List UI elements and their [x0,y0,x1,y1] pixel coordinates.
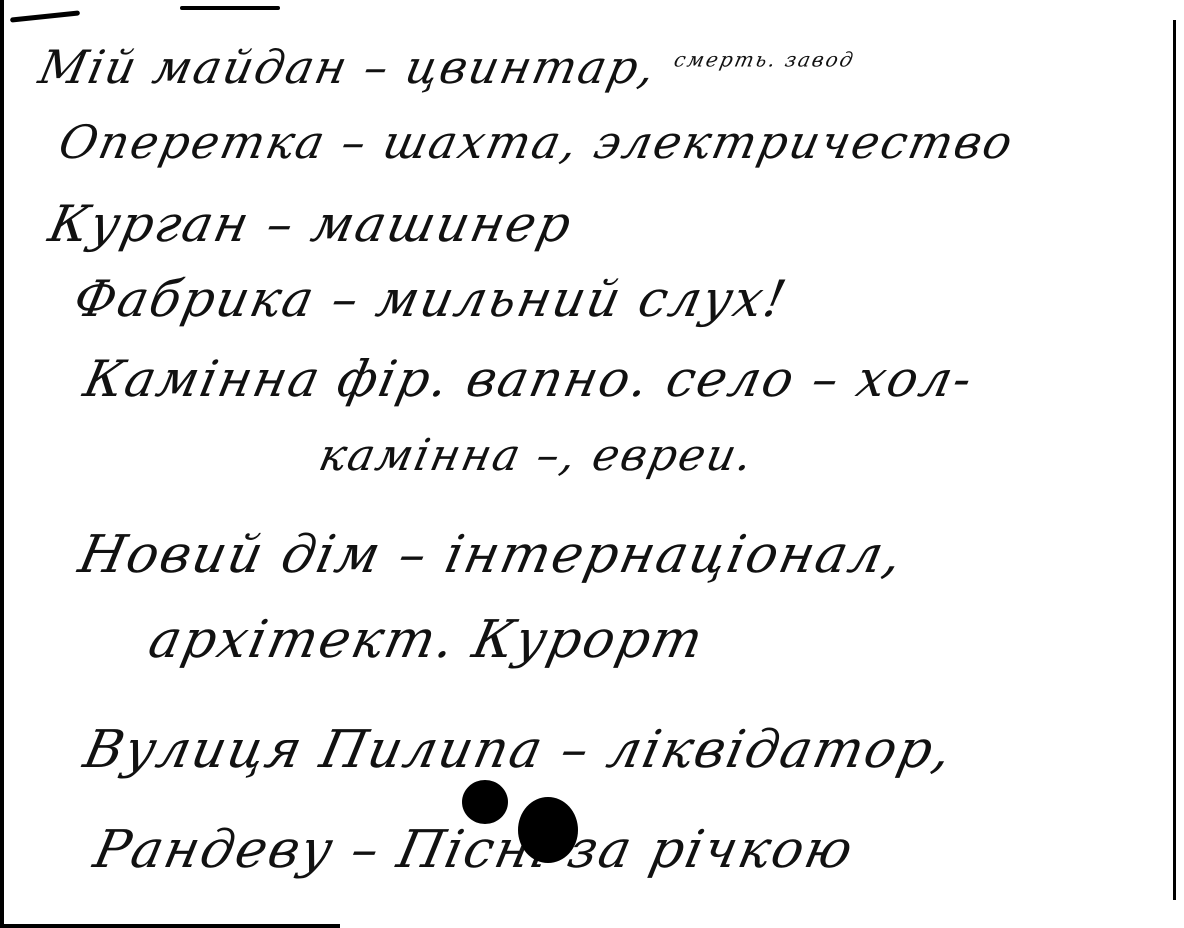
note-line-2: Оперетка – шахта, электричество [54,115,1019,169]
note-line-5: Камінна фір. вапно. село – хол- [79,350,979,408]
scan-mark-top [10,10,80,22]
note-line-4: Фабрика – мильний слух! [69,270,793,328]
note-line-10: Рандеву – Пісні за річкою [89,820,860,880]
note-line-1-suffix: смерть. завод [672,48,857,72]
note-line-1: Мій майдан – цвинтар, смерть. завод [34,40,859,94]
note-line-1-text: Мій майдан – цвинтар, [34,40,678,94]
scan-border-left [0,0,4,928]
ink-blot-1 [462,780,508,824]
scan-border-right [1173,20,1176,900]
note-line-6: камінна –, евреи. [315,430,759,481]
scan-mark-top-2 [180,6,280,10]
note-line-8: архітект. Курорт [144,610,710,670]
scan-border-bottom [0,924,340,928]
note-line-7: Новий дім – інтернаціонал, [74,525,910,585]
note-line-9: Вулиця Пилипа – ліквідатор, [79,720,959,780]
note-line-3: Курган – машинер [44,195,578,253]
ink-blot-2 [518,797,578,863]
